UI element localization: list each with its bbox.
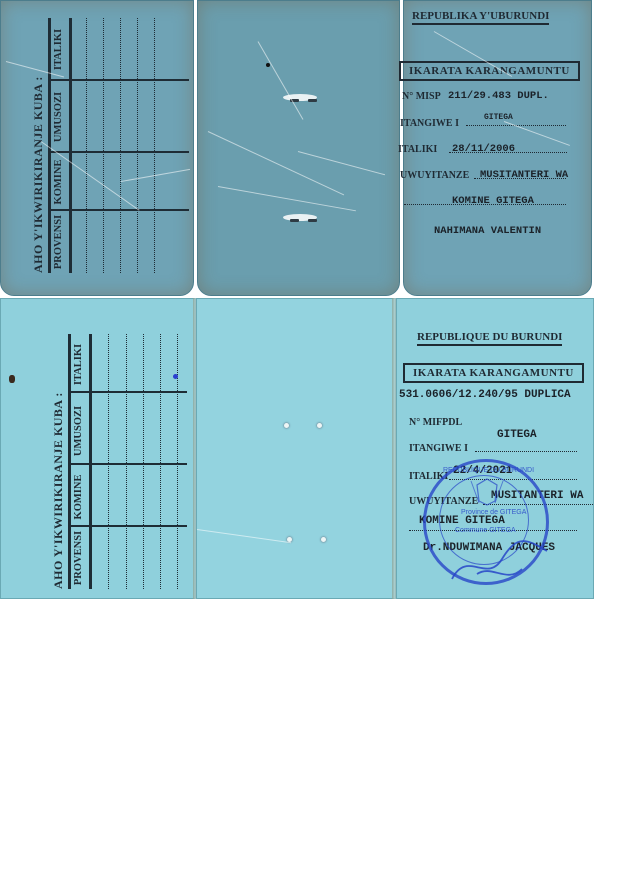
table-row-line (120, 18, 121, 273)
table-row-line (108, 334, 109, 589)
col-italiki: ITALIKI (53, 18, 64, 81)
dotted-line (449, 152, 567, 153)
issued-at-label: ITANGIWE I (400, 118, 459, 129)
col-provensi: PROVENSI (53, 211, 64, 273)
date-label: ITALIKI (398, 144, 437, 155)
table-header: PROVENSI KOMINE UMUSOZI ITALIKI (53, 18, 64, 273)
col-italiki: ITALIKI (73, 334, 84, 395)
new-card-front-panel: REPUBLIQUE DU BURUNDI IKARATA KARANGAMUN… (396, 298, 594, 599)
stamp-inner-text: Province de GITEGA (461, 509, 526, 516)
col-provensi: PROVENSI (73, 527, 84, 589)
old-id-card: AHO Y'IKWIRIKIRANJE KUBA : PROVENSI KOMI… (0, 0, 592, 298)
number-label: N° MISP (402, 91, 441, 102)
residence-table: AHO Y'IKWIRIKIRANJE KUBA : PROVENSI KOMI… (51, 329, 211, 589)
issuer-label: UWUYITANZE (400, 170, 469, 181)
issuer-name: NAHIMANA VALENTIN (434, 225, 541, 237)
col-divider (49, 151, 189, 153)
stamp-outer-text: REPUBLIQUE DU BURUNDI (443, 467, 534, 474)
coat-of-arms-icon (467, 477, 507, 507)
old-card-middle-panel (197, 0, 400, 296)
col-divider (69, 391, 187, 393)
residence-table: AHO Y'IKWIRIKIRANJE KUBA : PROVENSI KOMI… (31, 23, 191, 273)
issued-at-value: GITEGA (497, 429, 537, 441)
staple-hole (321, 537, 326, 542)
staple-hole (284, 423, 289, 428)
table-header-rule (89, 334, 92, 589)
new-card-back-panel: AHO Y'IKWIRIKIRANJE KUBA : PROVENSI KOMI… (0, 298, 196, 599)
table-row-line (86, 18, 87, 273)
issuer-line2: KOMINE GITEGA (452, 195, 534, 207)
issued-at-label: ITANGIWE I (409, 443, 468, 454)
number-label: N° MIFPDL (409, 417, 462, 428)
col-divider (49, 79, 189, 81)
col-umusozi: UMUSOZI (73, 395, 84, 467)
republic-header: REPUBLIQUE DU BURUNDI (417, 331, 562, 346)
table-row-line (177, 334, 178, 589)
table-row-line (137, 18, 138, 273)
staple-icon (308, 99, 317, 102)
col-divider (69, 525, 187, 527)
card-title-box: IKARATA KARANGAMUNTU (403, 363, 584, 383)
new-id-card: AHO Y'IKWIRIKIRANJE KUBA : PROVENSI KOMI… (0, 298, 594, 600)
col-komine: KOMINE (53, 153, 64, 211)
number-value: 211/29.483 DUPL. (448, 90, 549, 102)
date-value: 28/11/2006 (452, 143, 515, 155)
dotted-line (474, 178, 566, 179)
table-row-line (103, 18, 104, 273)
col-divider (69, 463, 187, 465)
table-row-line (126, 334, 127, 589)
issued-at-value: GITEGA (484, 113, 513, 122)
number-value: 531.0606/12.240/95 DUPLICA (399, 389, 571, 401)
staple-hole (317, 423, 322, 428)
dotted-line (475, 451, 577, 452)
blue-ink-mark (173, 374, 178, 379)
residence-table-title: AHO Y'IKWIRIKIRANJE KUBA : (51, 392, 66, 589)
old-card-back-panel: AHO Y'IKWIRIKIRANJE KUBA : PROVENSI KOMI… (0, 0, 194, 296)
col-umusozi: UMUSOZI (53, 81, 64, 153)
table-header: PROVENSI KOMINE UMUSOZI ITALIKI (73, 334, 84, 589)
table-header-rule (69, 18, 72, 273)
residence-table-title: AHO Y'IKWIRIKIRANJE KUBA : (31, 76, 46, 273)
republic-header: REPUBLIKA Y'UBURUNDI (412, 10, 549, 25)
issuer-line1: MUSITANTERI WA (480, 169, 568, 181)
old-card-front-panel: REPUBLIKA Y'UBURUNDI IKARATA KARANGAMUNT… (403, 0, 592, 296)
col-divider (49, 209, 189, 211)
table-row-line (143, 334, 144, 589)
ink-spot (9, 375, 15, 383)
staple-icon (290, 219, 299, 222)
table-row-line (160, 334, 161, 589)
col-komine: KOMINE (73, 467, 84, 527)
dotted-line (404, 204, 566, 205)
new-card-middle-panel (196, 298, 396, 599)
staple-icon (308, 219, 317, 222)
table-top-rule (68, 334, 71, 589)
table-row-line (154, 18, 155, 273)
signature (447, 529, 557, 589)
